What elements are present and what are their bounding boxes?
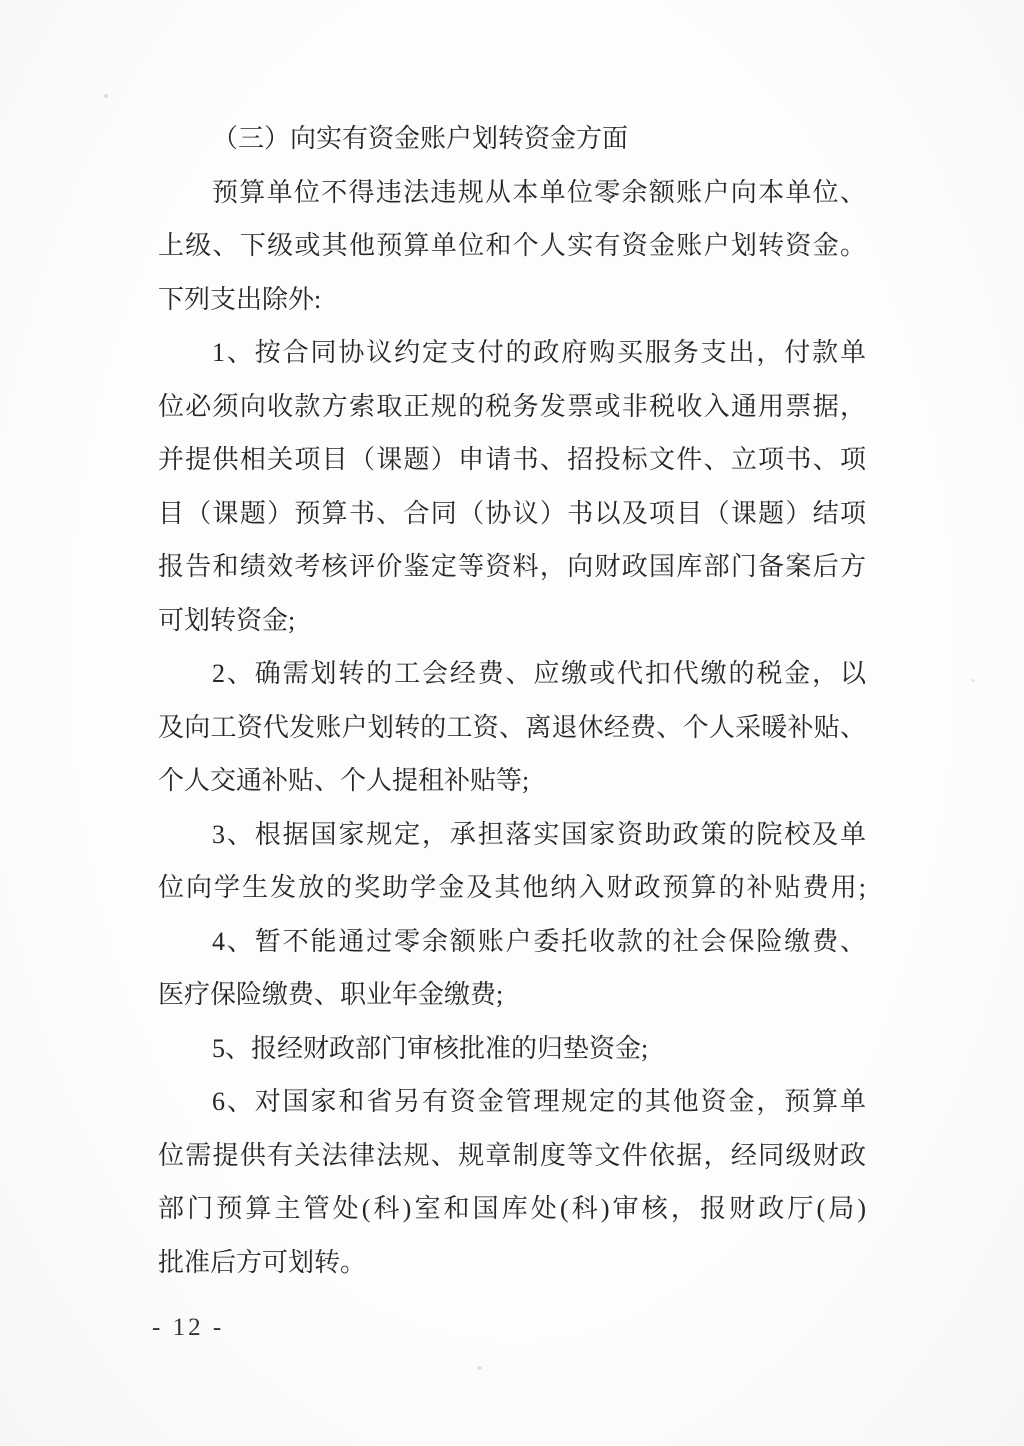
- text-line: 5、报经财政部门审核批准的归垫资金;: [158, 1022, 866, 1076]
- text-line: 预算单位不得违法违规从本单位零余额账户向本单位、: [158, 166, 866, 220]
- text-line: 并提供相关项目（课题）申请书、招投标文件、立项书、项: [158, 433, 866, 487]
- text-line: 6、对国家和省另有资金管理规定的其他资金，预算单: [158, 1075, 866, 1129]
- text-line: 下列支出除外:: [158, 273, 866, 327]
- text-line: 2、确需划转的工会经费、应缴或代扣代缴的税金，以: [158, 647, 866, 701]
- text-line: 3、根据国家规定，承担落实国家资助政策的院校及单: [158, 808, 866, 862]
- scan-speck: [477, 1366, 482, 1370]
- scan-speck: [971, 679, 975, 682]
- text-line: 医疗保险缴费、职业年金缴费;: [158, 968, 866, 1022]
- document-text-block: （三）向实有资金账户划转资金方面预算单位不得违法违规从本单位零余额账户向本单位、…: [158, 112, 866, 1289]
- text-line: 个人交通补贴、个人提租补贴等;: [158, 754, 866, 808]
- page-number: - 12 -: [152, 1312, 224, 1344]
- text-line: 位向学生发放的奖助学金及其他纳入财政预算的补贴费用;: [158, 861, 866, 915]
- scan-speck: [104, 94, 108, 98]
- text-line: 上级、下级或其他预算单位和个人实有资金账户划转资金。: [158, 219, 866, 273]
- text-line: 1、按合同协议约定支付的政府购买服务支出，付款单: [158, 326, 866, 380]
- text-line: 目（课题）预算书、合同（协议）书以及项目（课题）结项: [158, 487, 866, 541]
- text-line: 部门预算主管处(科)室和国库处(科)审核，报财政厅(局): [158, 1182, 866, 1236]
- text-line: 位必须向收款方索取正规的税务发票或非税收入通用票据，: [158, 380, 866, 434]
- text-line: 报告和绩效考核评价鉴定等资料，向财政国库部门备案后方: [158, 540, 866, 594]
- text-line: 可划转资金;: [158, 594, 866, 648]
- text-line: 及向工资代发账户划转的工资、离退休经费、个人采暖补贴、: [158, 701, 866, 755]
- section-heading: （三）向实有资金账户划转资金方面: [158, 112, 866, 166]
- text-line: 位需提供有关法律法规、规章制度等文件依据，经同级财政: [158, 1129, 866, 1183]
- text-line: 批准后方可划转。: [158, 1236, 866, 1290]
- scanned-document-page: （三）向实有资金账户划转资金方面预算单位不得违法违规从本单位零余额账户向本单位、…: [0, 0, 1024, 1446]
- text-line: 4、暂不能通过零余额账户委托收款的社会保险缴费、: [158, 915, 866, 969]
